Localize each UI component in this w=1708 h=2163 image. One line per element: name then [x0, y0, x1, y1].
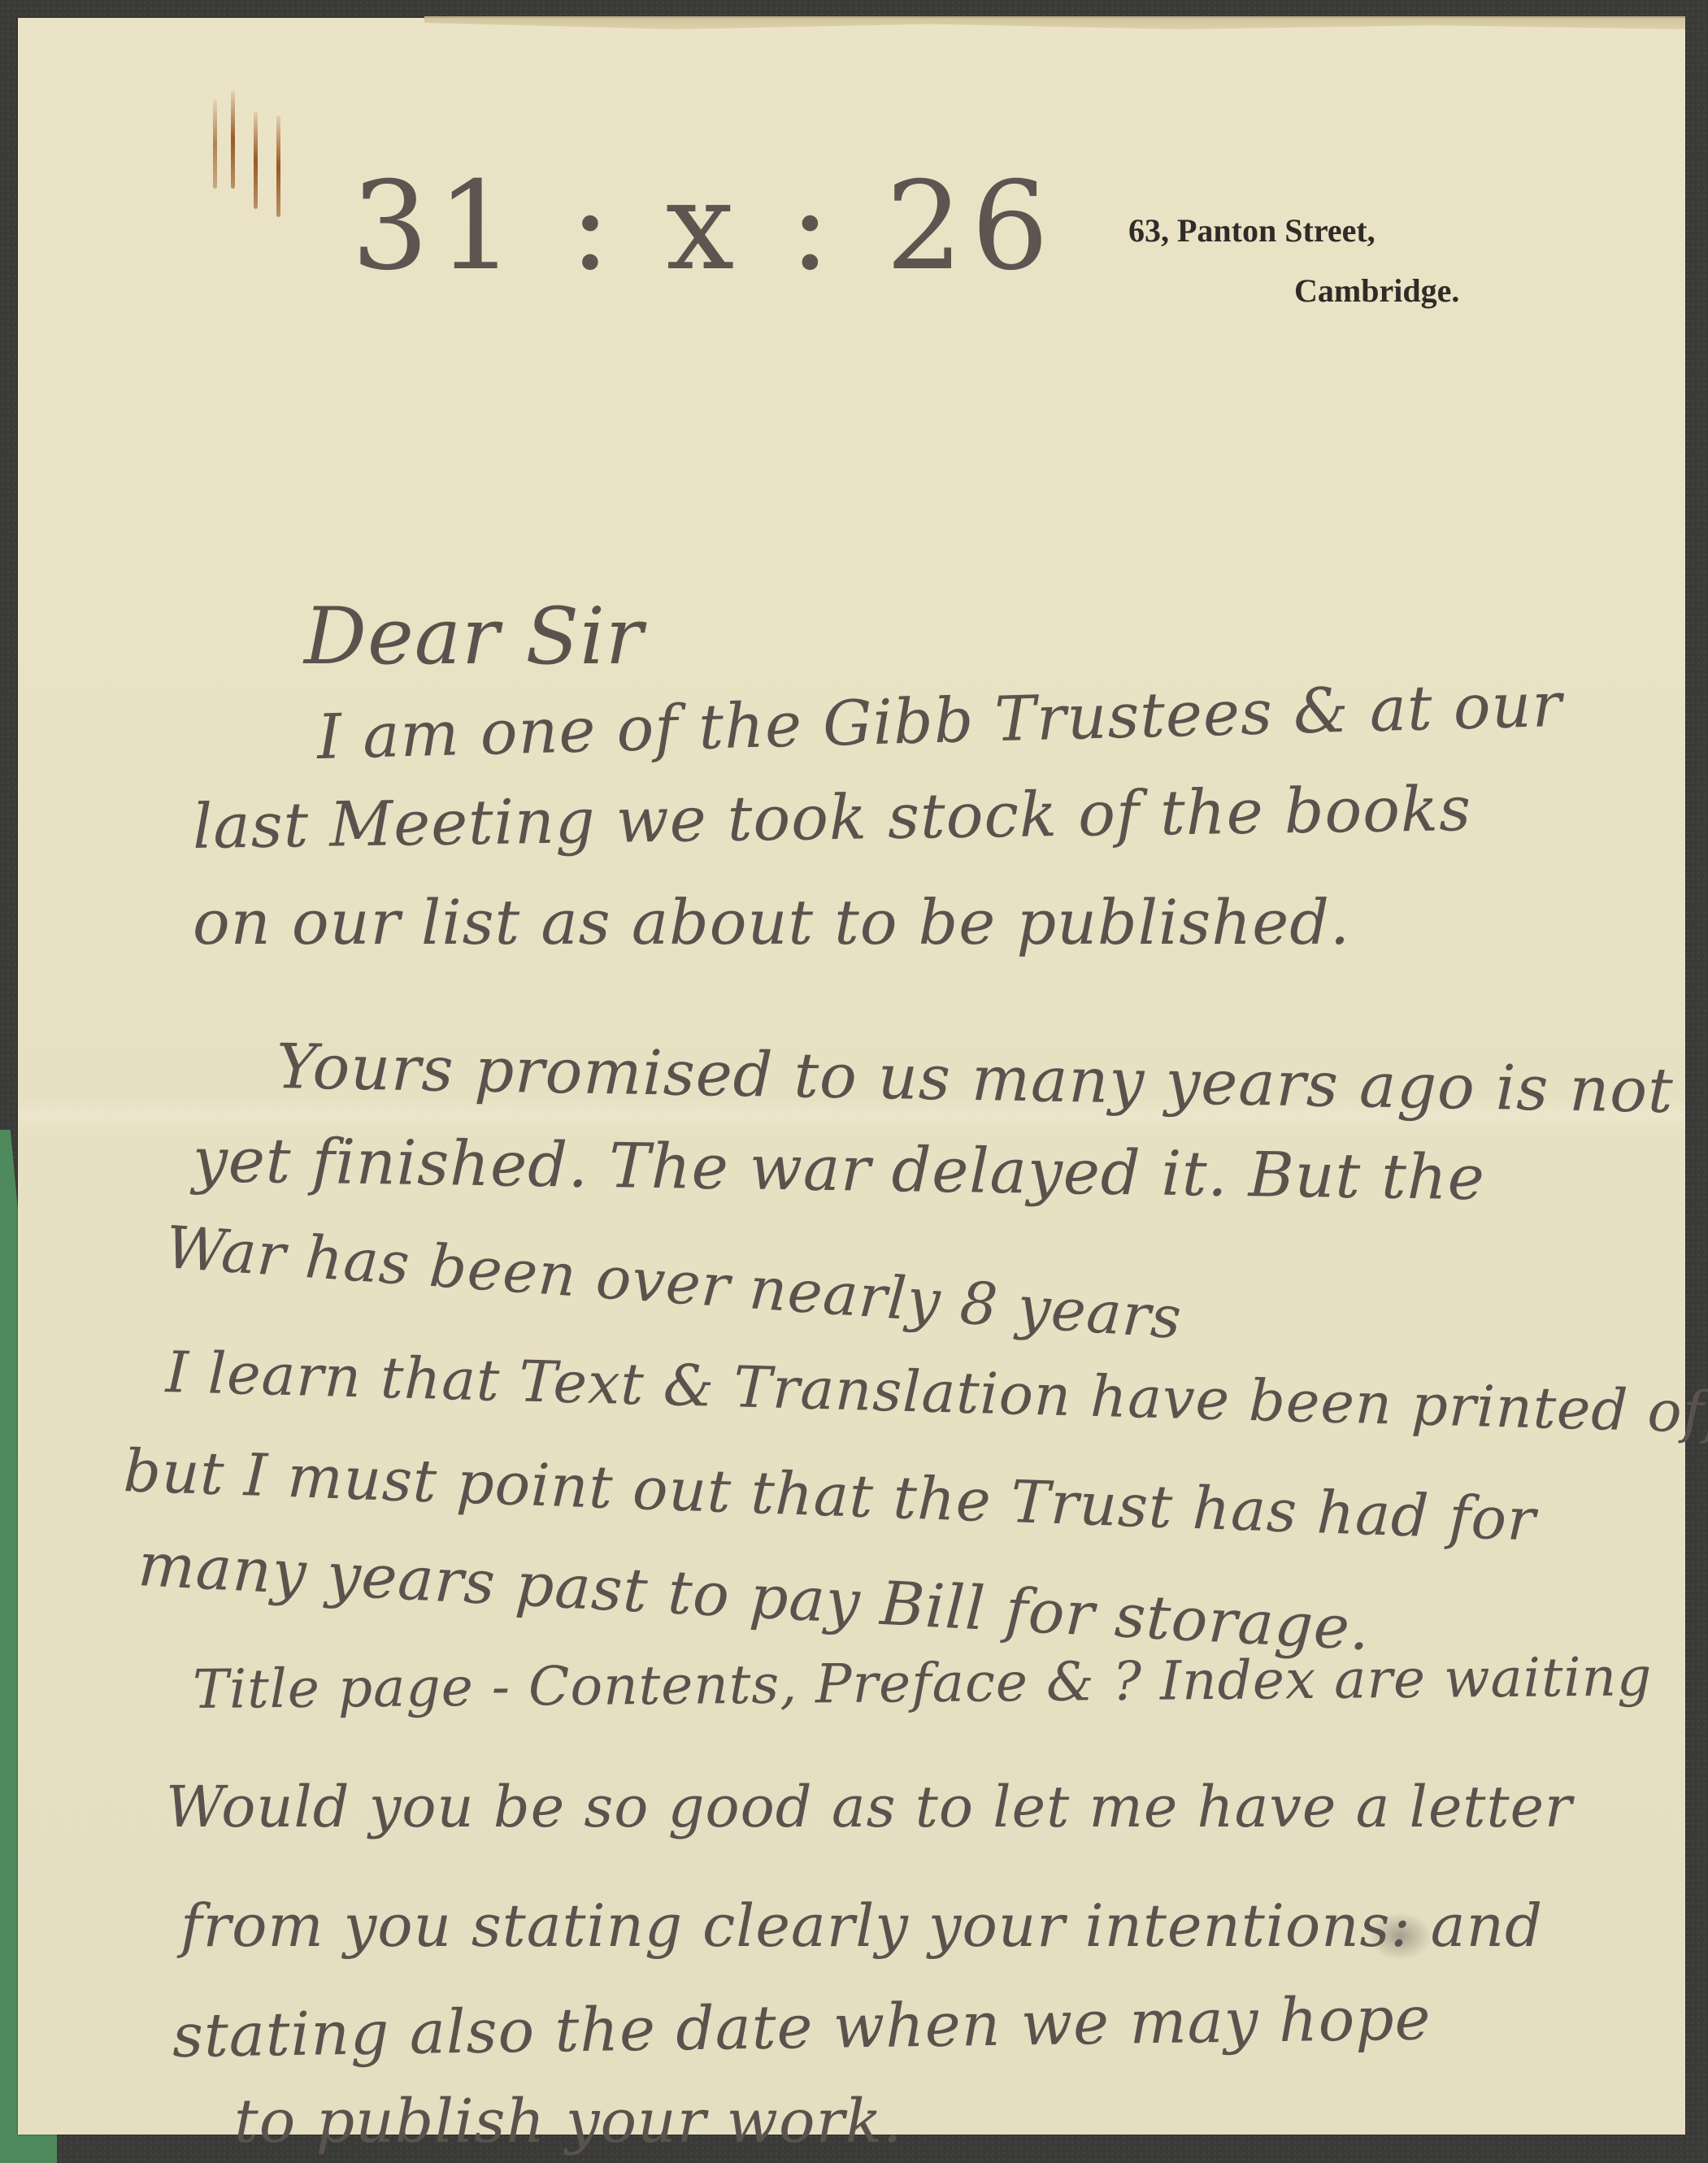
body-line-10: Title page - Contents, Preface & ? Index…	[193, 1645, 1653, 1721]
letter-date: 31 : x : 26	[351, 156, 1057, 298]
body-line-6: War has been over nearly 8 years	[163, 1213, 1184, 1352]
body-line-8: but I must point out that the Trust has …	[123, 1436, 1537, 1554]
letterhead-city: Cambridge.	[1294, 271, 1459, 310]
body-line-3: on our list as about to be published.	[193, 886, 1350, 958]
body-line-13: stating also the date when we may hope	[172, 1983, 1432, 2071]
body-line-12: from you stating clearly your intentions…	[180, 1892, 1543, 1960]
body-line-11: Would you be so good as to let me have a…	[166, 1774, 1573, 1840]
body-line-5: yet finished. The war delayed it. But th…	[192, 1123, 1485, 1214]
body-line-14: to publish your work.	[234, 2087, 902, 2156]
ink-blot	[1367, 1912, 1432, 1961]
body-line-2: last Meeting we took stock of the books	[192, 772, 1471, 862]
green-mount-corner	[0, 2135, 57, 2163]
rust-staple-marks	[213, 50, 327, 197]
letterhead-street: 63, Panton Street,	[1128, 211, 1376, 250]
body-line-7: I learn that Text & Translation have bee…	[165, 1339, 1708, 1446]
torn-top-edge	[424, 16, 1685, 29]
salutation: Dear Sir	[304, 591, 644, 682]
body-line-1: I am one of the Gibb Trustees & at our	[316, 668, 1563, 773]
body-line-9: many years past to pay Bill for storage.	[137, 1530, 1372, 1664]
letter-paper: 31 : x : 26 63, Panton Street, Cambridge…	[18, 18, 1685, 2135]
